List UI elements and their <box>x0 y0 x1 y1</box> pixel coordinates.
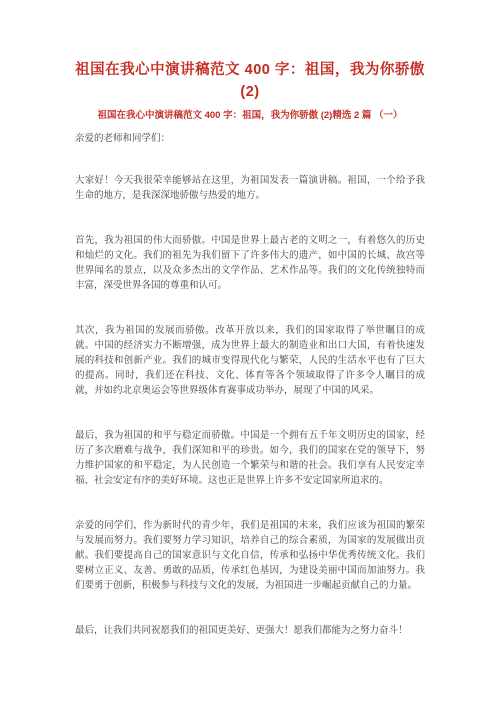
document-page: 祖国在我心中演讲稿范文 400 字：祖国，我为你骄傲 (2) 祖国在我心中演讲稿… <box>0 0 500 707</box>
paragraph: 最后，我为祖国的和平与稳定而骄傲。中国是一个拥有五千年文明历史的国家，经历了多次… <box>75 428 425 488</box>
paragraph: 大家好！今天我很荣幸能够站在这里，为祖国发表一篇演讲稿。祖国，一个给予我生命的地… <box>75 173 425 203</box>
paragraph-list: 大家好！今天我很荣幸能够站在这里，为祖国发表一篇演讲稿。祖国，一个给予我生命的地… <box>75 173 425 638</box>
title-line-1: 祖国在我心中演讲稿范文 400 字：祖国，我为你骄傲 <box>75 62 425 78</box>
paragraph: 首先，我为祖国的伟大而骄傲。中国是世界上最古老的文明之一，有着悠久的历史和灿烂的… <box>75 233 425 293</box>
title-line-2: (2) <box>240 84 259 100</box>
paragraph: 最后，让我们共同祝愿我们的祖国更美好、更强大！愿我们都能为之努力奋斗！ <box>75 623 425 638</box>
document-subtitle: 祖国在我心中演讲稿范文 400 字：祖国，我为你骄傲 (2)精选 2 篇 （一） <box>75 108 425 123</box>
paragraph: 其次，我为祖国的发展而骄傲。改革开放以来，我们的国家取得了举世瞩目的成就。中国的… <box>75 323 425 398</box>
paragraph: 亲爱的同学们，作为新时代的青少年，我们是祖国的未来，我们应该为祖国的繁荣与发展而… <box>75 518 425 593</box>
document-title: 祖国在我心中演讲稿范文 400 字：祖国，我为你骄傲 (2) <box>75 59 425 103</box>
greeting-line: 亲爱的老师和同学们： <box>75 131 425 146</box>
